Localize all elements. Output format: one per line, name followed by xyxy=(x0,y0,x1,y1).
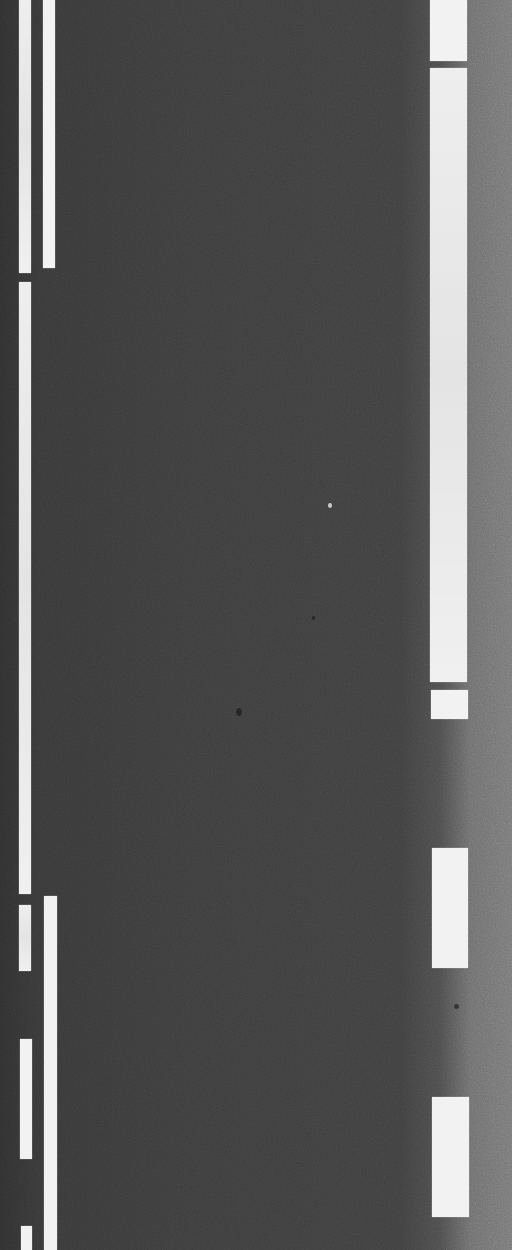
left-lane-line-segment xyxy=(44,896,57,1250)
asphalt-stain xyxy=(312,616,315,620)
left-lane-line-segment xyxy=(21,1226,32,1250)
left-lane-line-segment xyxy=(19,282,31,894)
road-surface-photo xyxy=(0,0,512,1250)
asphalt-stain xyxy=(454,1004,459,1009)
right-lane-line-segment xyxy=(430,68,467,682)
left-lane-line-segment xyxy=(19,0,31,273)
right-lane-dash xyxy=(432,848,468,968)
right-lane-line-segment xyxy=(431,690,468,719)
left-lane-line-segment xyxy=(20,1039,32,1159)
right-lane-dash xyxy=(432,1097,469,1217)
right-lane-line-segment xyxy=(430,0,467,61)
asphalt-debris xyxy=(328,503,332,508)
asphalt-stain xyxy=(236,708,242,716)
left-lane-line-segment xyxy=(43,0,55,268)
left-lane-line-segment xyxy=(19,905,31,971)
